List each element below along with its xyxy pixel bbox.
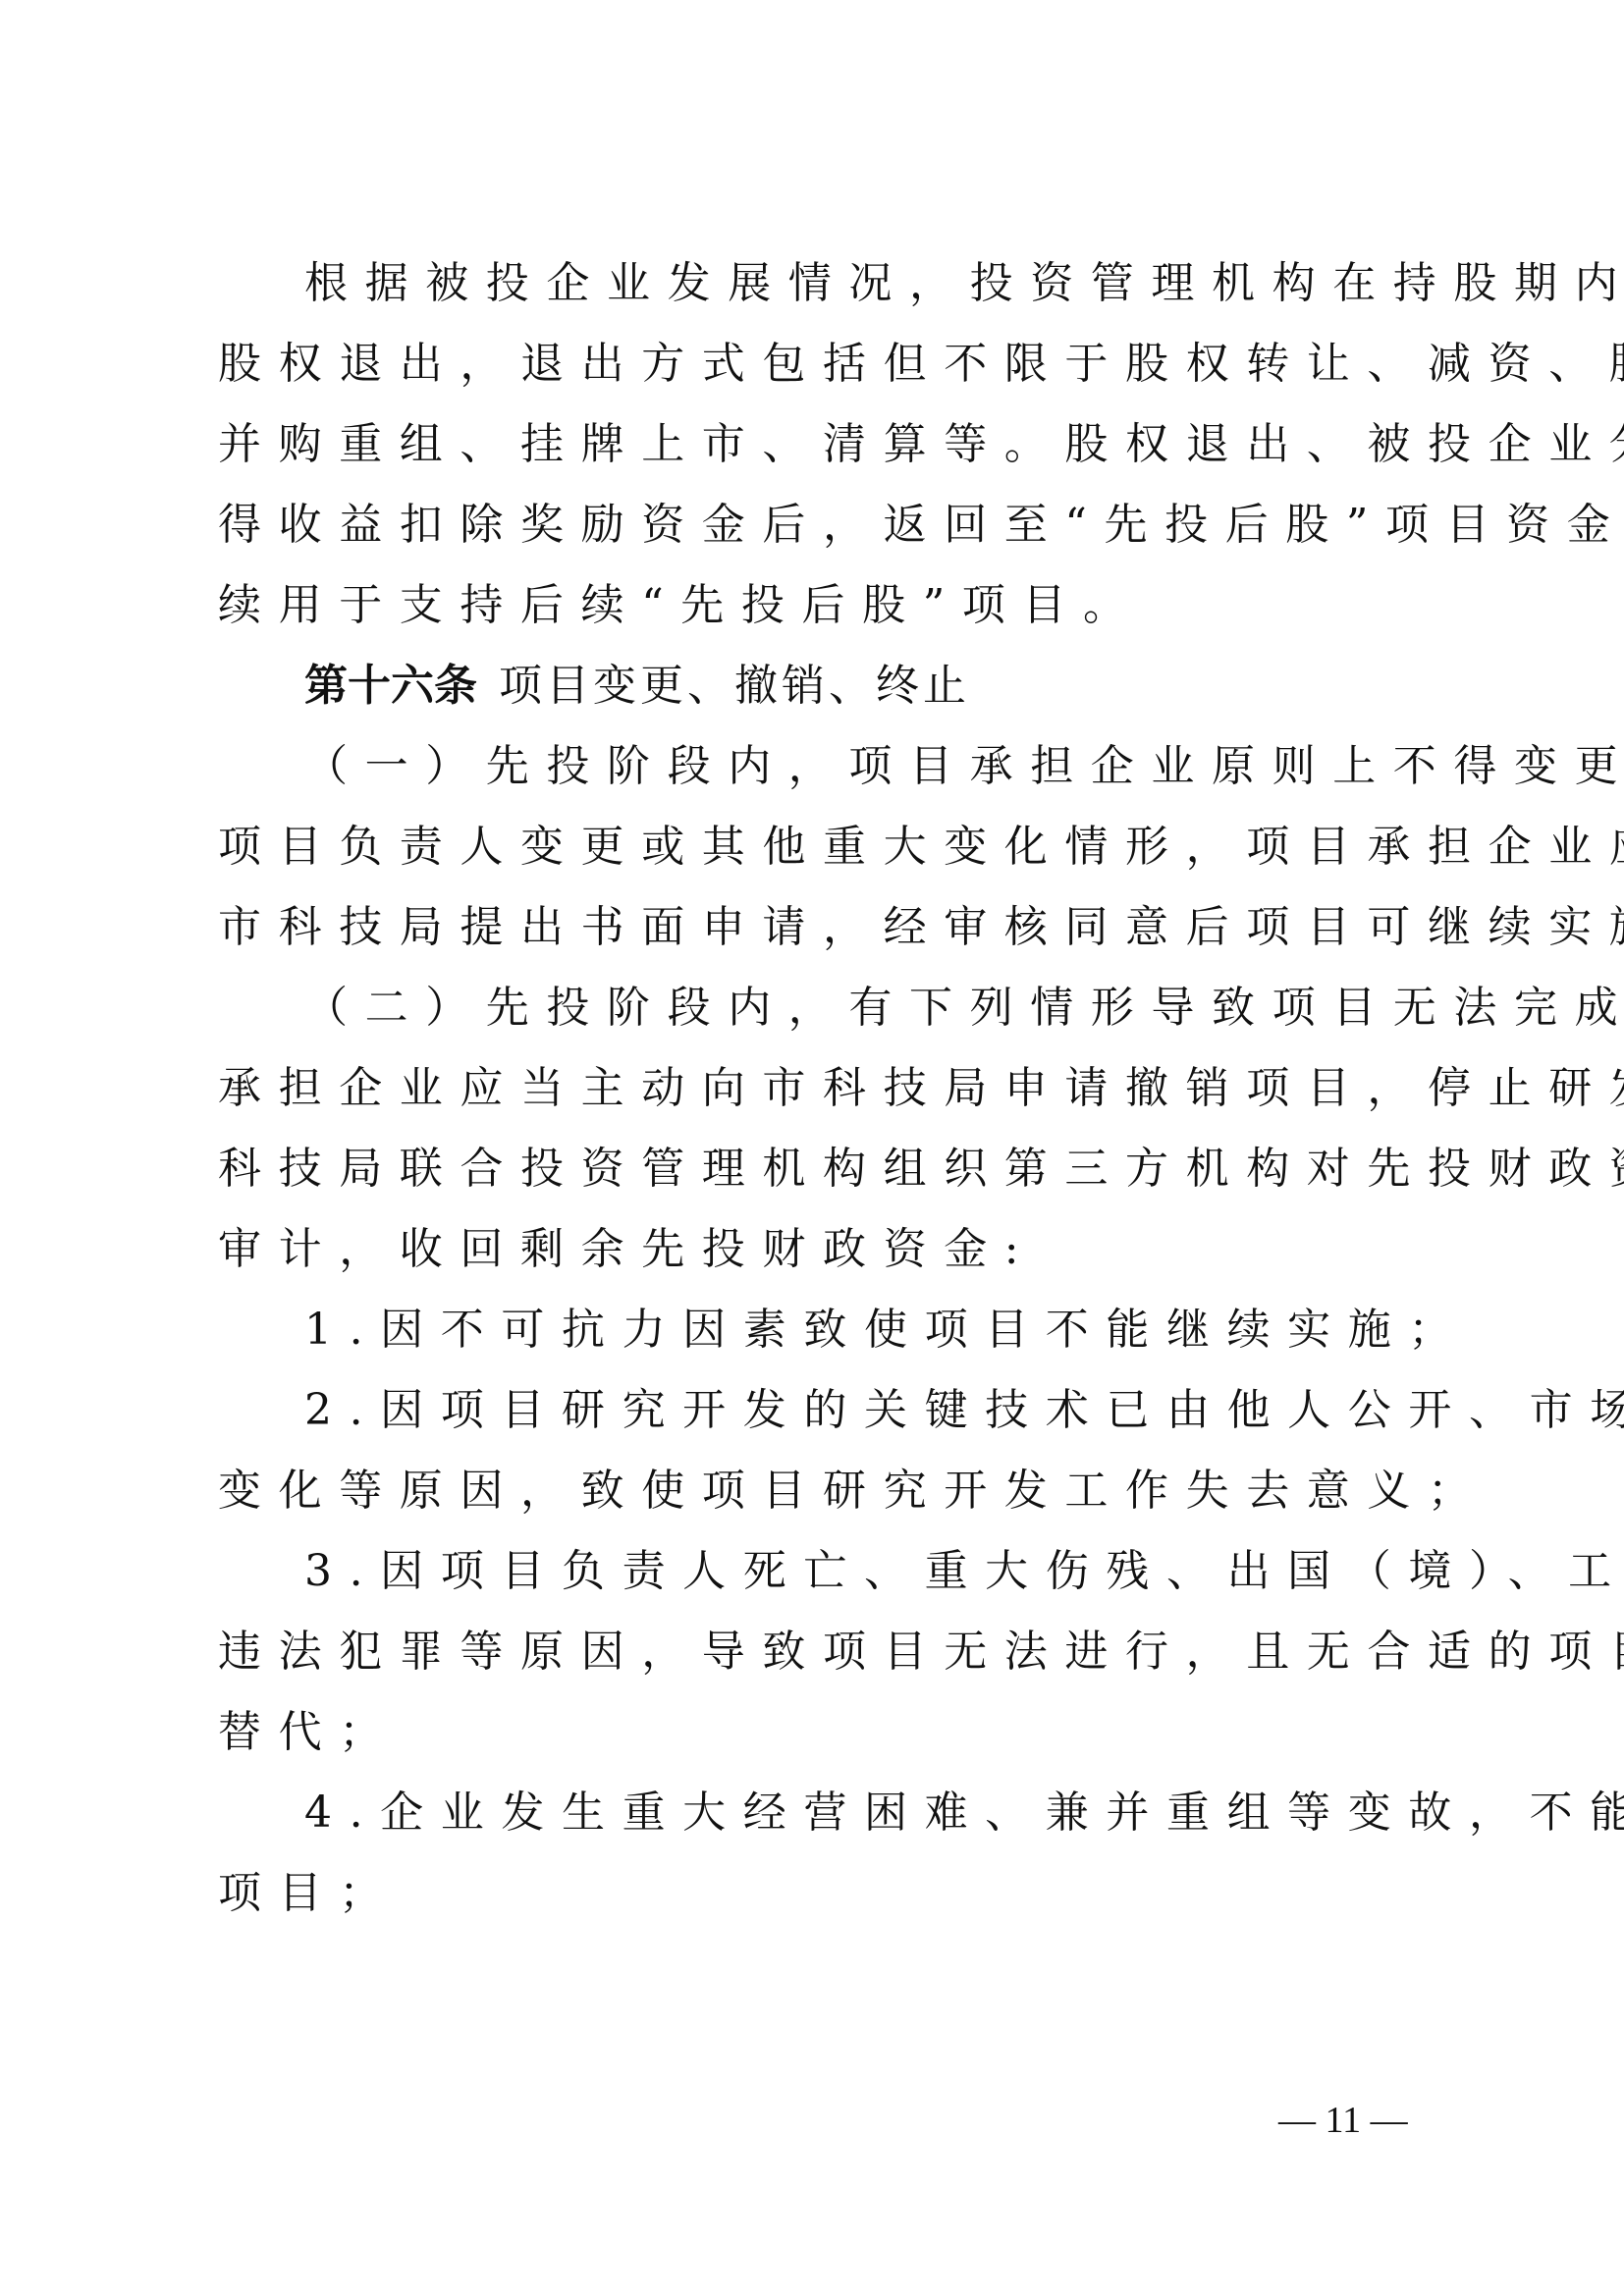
text-line: 项目； — [218, 1853, 1432, 1934]
text-line: 根据被投企业发展情况，投资管理机构在持股期内择机开展 — [218, 243, 1432, 324]
text-line: 并购重组、挂牌上市、清算等。股权退出、被投企业分红收回取 — [218, 404, 1432, 485]
text-line: 1.因不可抗力因素致使项目不能继续实施； — [218, 1290, 1432, 1370]
text-line: 变化等原因，致使项目研究开发工作失去意义； — [218, 1451, 1432, 1531]
text-line: 2.因项目研究开发的关键技术已由他人公开、市场发生重大 — [218, 1370, 1432, 1451]
sub-item-2: 2.因项目研究开发的关键技术已由他人公开、市场发生重大 变化等原因，致使项目研究… — [218, 1370, 1432, 1531]
text-line: 股权退出，退出方式包括但不限于股权转让、减资、股东回购、 — [218, 324, 1432, 404]
text-line: 得收益扣除奖励资金后，返回至“先投后股”项目资金账户，继 — [218, 485, 1432, 565]
page-number: — 11 — — [1278, 2099, 1408, 2142]
text-line: 承担企业应当主动向市科技局申请撤销项目，停止研发活动。市 — [218, 1048, 1432, 1129]
text-line: 违法犯罪等原因，导致项目无法进行，且无合适的项目负责人可 — [218, 1612, 1432, 1692]
sub-item-1: 1.因不可抗力因素致使项目不能继续实施； — [218, 1290, 1432, 1370]
text-line: 审计，收回剩余先投财政资金: — [218, 1209, 1432, 1290]
text-line: 续用于支持后续“先投后股”项目。 — [218, 565, 1432, 646]
text-line: 项目负责人变更或其他重大变化情形，项目承担企业应当及时向 — [218, 807, 1432, 887]
item-one-paragraph: （一）先投阶段内，项目承担企业原则上不得变更，如出现 项目负责人变更或其他重大变… — [218, 726, 1432, 968]
article-label: 第十六条 — [304, 661, 477, 711]
text-line: （二）先投阶段内，有下列情形导致项目无法完成的，项目 — [218, 968, 1432, 1048]
text-line: 替代； — [218, 1692, 1432, 1773]
paragraph-equity-exit: 根据被投企业发展情况，投资管理机构在持股期内择机开展 股权退出，退出方式包括但不… — [218, 243, 1432, 646]
document-page: 根据被投企业发展情况，投资管理机构在持股期内择机开展 股权退出，退出方式包括但不… — [218, 243, 1432, 1934]
article-title: 项目变更、撤销、终止 — [499, 661, 970, 711]
text-line: （一）先投阶段内，项目承担企业原则上不得变更，如出现 — [218, 726, 1432, 807]
sub-item-3: 3.因项目负责人死亡、重大伤残、出国（境）、工作调动、 违法犯罪等原因，导致项目… — [218, 1531, 1432, 1773]
item-two-paragraph: （二）先投阶段内，有下列情形导致项目无法完成的，项目 承担企业应当主动向市科技局… — [218, 968, 1432, 1290]
text-line: 3.因项目负责人死亡、重大伤残、出国（境）、工作调动、 — [218, 1531, 1432, 1612]
sub-item-4: 4.企业发生重大经营困难、兼并重组等变故，不能继续实施 项目； — [218, 1773, 1432, 1934]
text-line: 市科技局提出书面申请，经审核同意后项目可继续实施。 — [218, 887, 1432, 968]
text-line: 科技局联合投资管理机构组织第三方机构对先投财政资金进行 — [218, 1129, 1432, 1209]
text-line: 4.企业发生重大经营困难、兼并重组等变故，不能继续实施 — [218, 1773, 1432, 1853]
article-heading: 第十六条项目变更、撤销、终止 — [218, 646, 1432, 726]
